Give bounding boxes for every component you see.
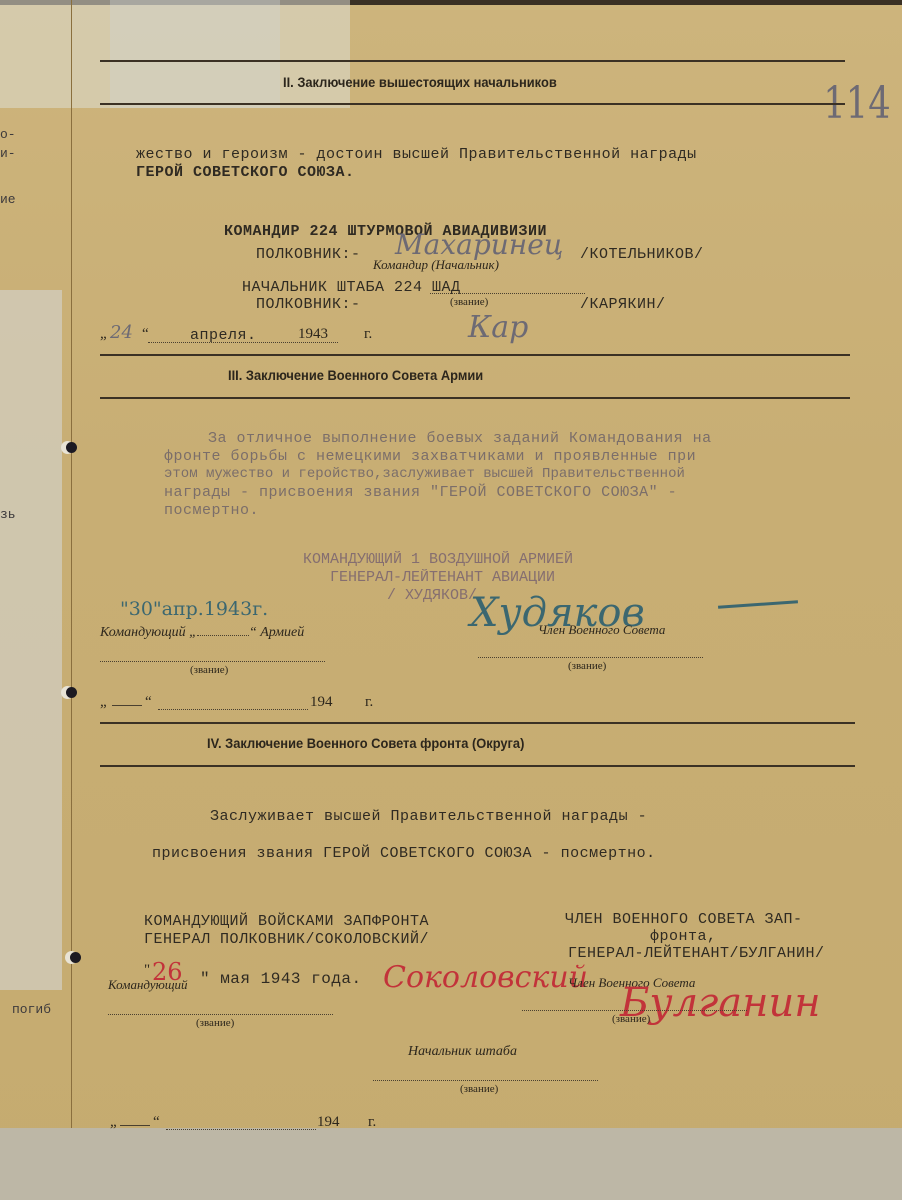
section-divider bbox=[100, 60, 845, 62]
award-text-line: ГЕРОЙ СОВЕТСКОГО СОЮЗА. bbox=[136, 164, 355, 181]
front-date: " мая 1943 года. bbox=[200, 970, 362, 988]
margin-fragment: и- bbox=[0, 146, 16, 161]
chief-of-staff-title: НАЧАЛЬНИК ШТАБА 224 ШАД bbox=[242, 279, 461, 296]
margin-fragment: погиб bbox=[12, 1002, 51, 1017]
commander-stamp-line: КОМАНДУЮЩИЙ 1 ВОЗДУШНОЙ АРМИЕЙ bbox=[303, 551, 573, 568]
front-council-member-title: ЧЛЕН ВОЕННОГО СОВЕТА ЗАП- bbox=[565, 911, 803, 928]
binding-fold-line bbox=[71, 0, 72, 1200]
date-year: 1943 bbox=[298, 326, 328, 343]
section-divider bbox=[100, 397, 850, 399]
section-divider bbox=[100, 765, 855, 767]
rank-line bbox=[522, 1009, 747, 1011]
section-divider bbox=[100, 103, 845, 105]
commander-stamp-line: / ХУДЯКОВ/ bbox=[387, 587, 477, 604]
section-divider bbox=[100, 722, 855, 724]
section-heading: II. Заключение вышестоящих начальников bbox=[283, 74, 557, 90]
rank-line bbox=[108, 1013, 333, 1015]
chief-of-staff-label: Начальник штаба bbox=[408, 1044, 517, 1060]
blank-date: „ “ 194 г. bbox=[110, 1114, 410, 1134]
section-divider bbox=[100, 354, 850, 356]
rank-label: (звание) bbox=[450, 296, 488, 308]
army-council-text-line: этом мужество и геройство,заслуживает вы… bbox=[164, 466, 685, 482]
army-council-date: "30"апр.1943г. bbox=[120, 598, 268, 620]
front-council-member-name: ГЕНЕРАЛ-ЛЕЙТЕНАНТ/БУЛГАНИН/ bbox=[568, 945, 825, 962]
binding-hole-icon bbox=[66, 687, 77, 698]
rank-label: (звание) bbox=[460, 1083, 498, 1095]
chief-of-staff-name: /КАРЯКИН/ bbox=[580, 296, 666, 313]
blank-date: „ “ 194 г. bbox=[100, 694, 400, 714]
date-day: 24 bbox=[110, 322, 133, 343]
commander-name: /КОТЕЛЬНИКОВ/ bbox=[580, 246, 704, 263]
army-council-text-line: награды - присвоения звания "ГЕРОЙ СОВЕТ… bbox=[164, 484, 677, 501]
rank-label: (звание) bbox=[612, 1013, 650, 1025]
date-month: апреля. bbox=[190, 327, 257, 344]
section-2-date: „ 24 “ апреля. 1943 г. bbox=[100, 322, 400, 344]
chief-of-staff-signature: Кар bbox=[468, 310, 528, 345]
rank-label: (звание) bbox=[568, 660, 606, 672]
margin-fragment: зь bbox=[0, 507, 16, 522]
rank-label: (звание) bbox=[190, 664, 228, 676]
army-council-text-line: посмертно. bbox=[164, 502, 259, 519]
section-heading: III. Заключение Военного Совета Армии bbox=[228, 367, 483, 383]
margin-fragment: ие bbox=[0, 192, 16, 207]
signature-line bbox=[430, 292, 585, 294]
front-commander-label: Командующий bbox=[108, 977, 188, 993]
rank-line bbox=[100, 660, 325, 662]
front-council-member-title: фронта, bbox=[650, 928, 717, 945]
rank-label: (звание) bbox=[196, 1017, 234, 1029]
front-commander-signature: Соколовский bbox=[383, 960, 588, 995]
front-council-text-line: присвоения звания ГЕРОЙ СОВЕТСКОГО СОЮЗА… bbox=[152, 845, 656, 862]
rank-line bbox=[373, 1079, 598, 1081]
commander-printed-label: Командир (Начальник) bbox=[373, 257, 499, 273]
section-heading: IV. Заключение Военного Совета фронта (О… bbox=[207, 735, 524, 751]
binding-hole-icon bbox=[70, 952, 81, 963]
binding-hole-icon bbox=[66, 442, 77, 453]
tape-top-overlay bbox=[110, 0, 280, 108]
rank-line bbox=[478, 656, 703, 658]
chief-of-staff-rank: ПОЛКОВНИК:- bbox=[256, 296, 361, 313]
army-commander-label: Командующий „“ Армией bbox=[100, 625, 304, 641]
margin-fragment: о- bbox=[0, 127, 16, 142]
tape-bottom bbox=[0, 1128, 902, 1200]
army-council-text-line: За отличное выполнение боевых заданий Ко… bbox=[208, 430, 712, 447]
military-council-member-label: Член Военного Совета bbox=[538, 622, 665, 638]
front-commander-name: ГЕНЕРАЛ ПОЛКОВНИК/СОКОЛОВСКИЙ/ bbox=[144, 931, 429, 948]
front-commander-title: КОМАНДУЮЩИЙ ВОЙСКАМИ ЗАПФРОНТА bbox=[144, 913, 429, 930]
front-council-text-line: Заслуживает высшей Правительственной наг… bbox=[210, 808, 647, 825]
army-council-text-line: фронте борьбы с немецкими захватчиками и… bbox=[164, 448, 696, 465]
tape-left-margin bbox=[0, 290, 62, 990]
commander-rank: ПОЛКОВНИК:- bbox=[256, 246, 361, 263]
award-text-line: жество и героизм - достоин высшей Правит… bbox=[136, 146, 697, 163]
commander-stamp-line: ГЕНЕРАЛ-ЛЕЙТЕНАНТ АВИАЦИИ bbox=[330, 569, 555, 586]
